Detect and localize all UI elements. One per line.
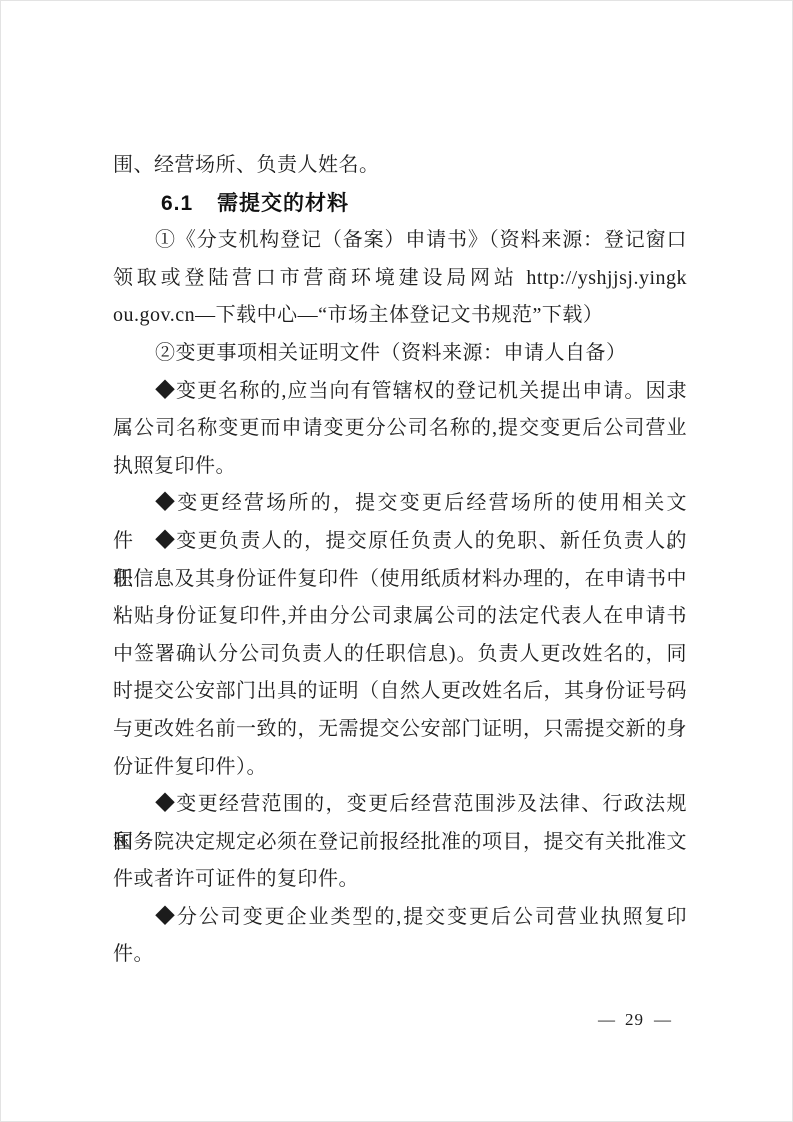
text-line: ou.gov.cn—下载中心—“市场主体登记文书规范”下载） xyxy=(113,297,687,335)
text-line: 国务院决定规定必须在登记前报经批准的项目，提交有关批准文 xyxy=(113,824,687,862)
text-line: 中签署确认分公司负责人的任职信息)。负责人更改姓名的，同 xyxy=(113,636,687,674)
footer-right-dash: — xyxy=(654,1007,671,1033)
text-line: 件或者许可证件的复印件。 xyxy=(113,861,687,899)
page-body: 围、经营场所、负责人姓名。 6.1 需提交的材料 ①《分支机构登记（备案）申请书… xyxy=(113,147,687,974)
text-line: 执照复印件。 xyxy=(113,448,687,486)
footer-left-dash: — xyxy=(598,1007,615,1033)
text-line: 份证件复印件）。 xyxy=(113,749,687,787)
text-line: ◆变更经营范围的，变更后经营范围涉及法律、行政法规和 xyxy=(113,786,687,824)
text-line: ◆变更经营场所的，提交变更后经营场所的使用相关文件。 xyxy=(113,485,687,523)
section-heading-number: 6.1 xyxy=(161,192,193,215)
document-page: 围、经营场所、负责人姓名。 6.1 需提交的材料 ①《分支机构登记（备案）申请书… xyxy=(0,0,793,1122)
text-line: ◆变更负责人的，提交原任负责人的免职、新任负责人的任 xyxy=(113,523,687,561)
page-number: 29 xyxy=(625,1007,644,1033)
text-line: 职信息及其身份证件复印件（使用纸质材料办理的，在申请书中 xyxy=(113,561,687,599)
text-line: ①《分支机构登记（备案）申请书》（资料来源：登记窗口 xyxy=(113,222,687,260)
text-line: 领取或登陆营口市营商环境建设局网站 http://yshjjsj.yingk xyxy=(113,260,687,298)
text-line: 粘贴身份证复印件,并由分公司隶属公司的法定代表人在申请书 xyxy=(113,598,687,636)
page-footer: —29— xyxy=(588,1007,681,1033)
text-line: ◆变更名称的,应当向有管辖权的登记机关提出申请。因隶 xyxy=(113,373,687,411)
text-line: 属公司名称变更而申请变更分公司名称的,提交变更后公司营业 xyxy=(113,410,687,448)
section-heading: 6.1 需提交的材料 xyxy=(113,185,687,223)
text-line: ◆分公司变更企业类型的,提交变更后公司营业执照复印 xyxy=(113,899,687,937)
text-line: 与更改姓名前一致的，无需提交公安部门证明，只需提交新的身 xyxy=(113,711,687,749)
section-heading-title: 需提交的材料 xyxy=(217,192,349,215)
text-line: ②变更事项相关证明文件（资料来源：申请人自备） xyxy=(113,335,687,373)
text-line: 时提交公安部门出具的证明（自然人更改姓名后，其身份证号码 xyxy=(113,673,687,711)
text-line: 围、经营场所、负责人姓名。 xyxy=(113,147,687,185)
text-line: 件。 xyxy=(113,936,687,974)
